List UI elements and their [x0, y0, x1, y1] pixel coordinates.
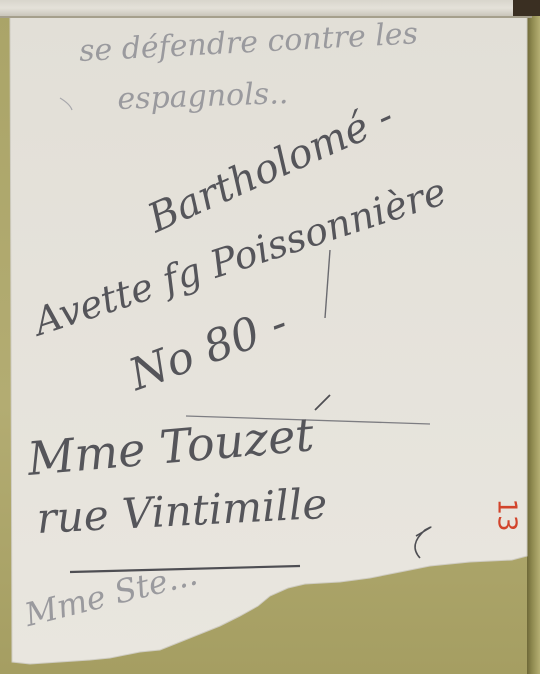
notebook-binding — [0, 0, 532, 18]
binding-corner — [513, 0, 540, 16]
page-number: 13 — [492, 498, 522, 531]
handwritten-line-2: espagnols.. — [117, 76, 289, 117]
